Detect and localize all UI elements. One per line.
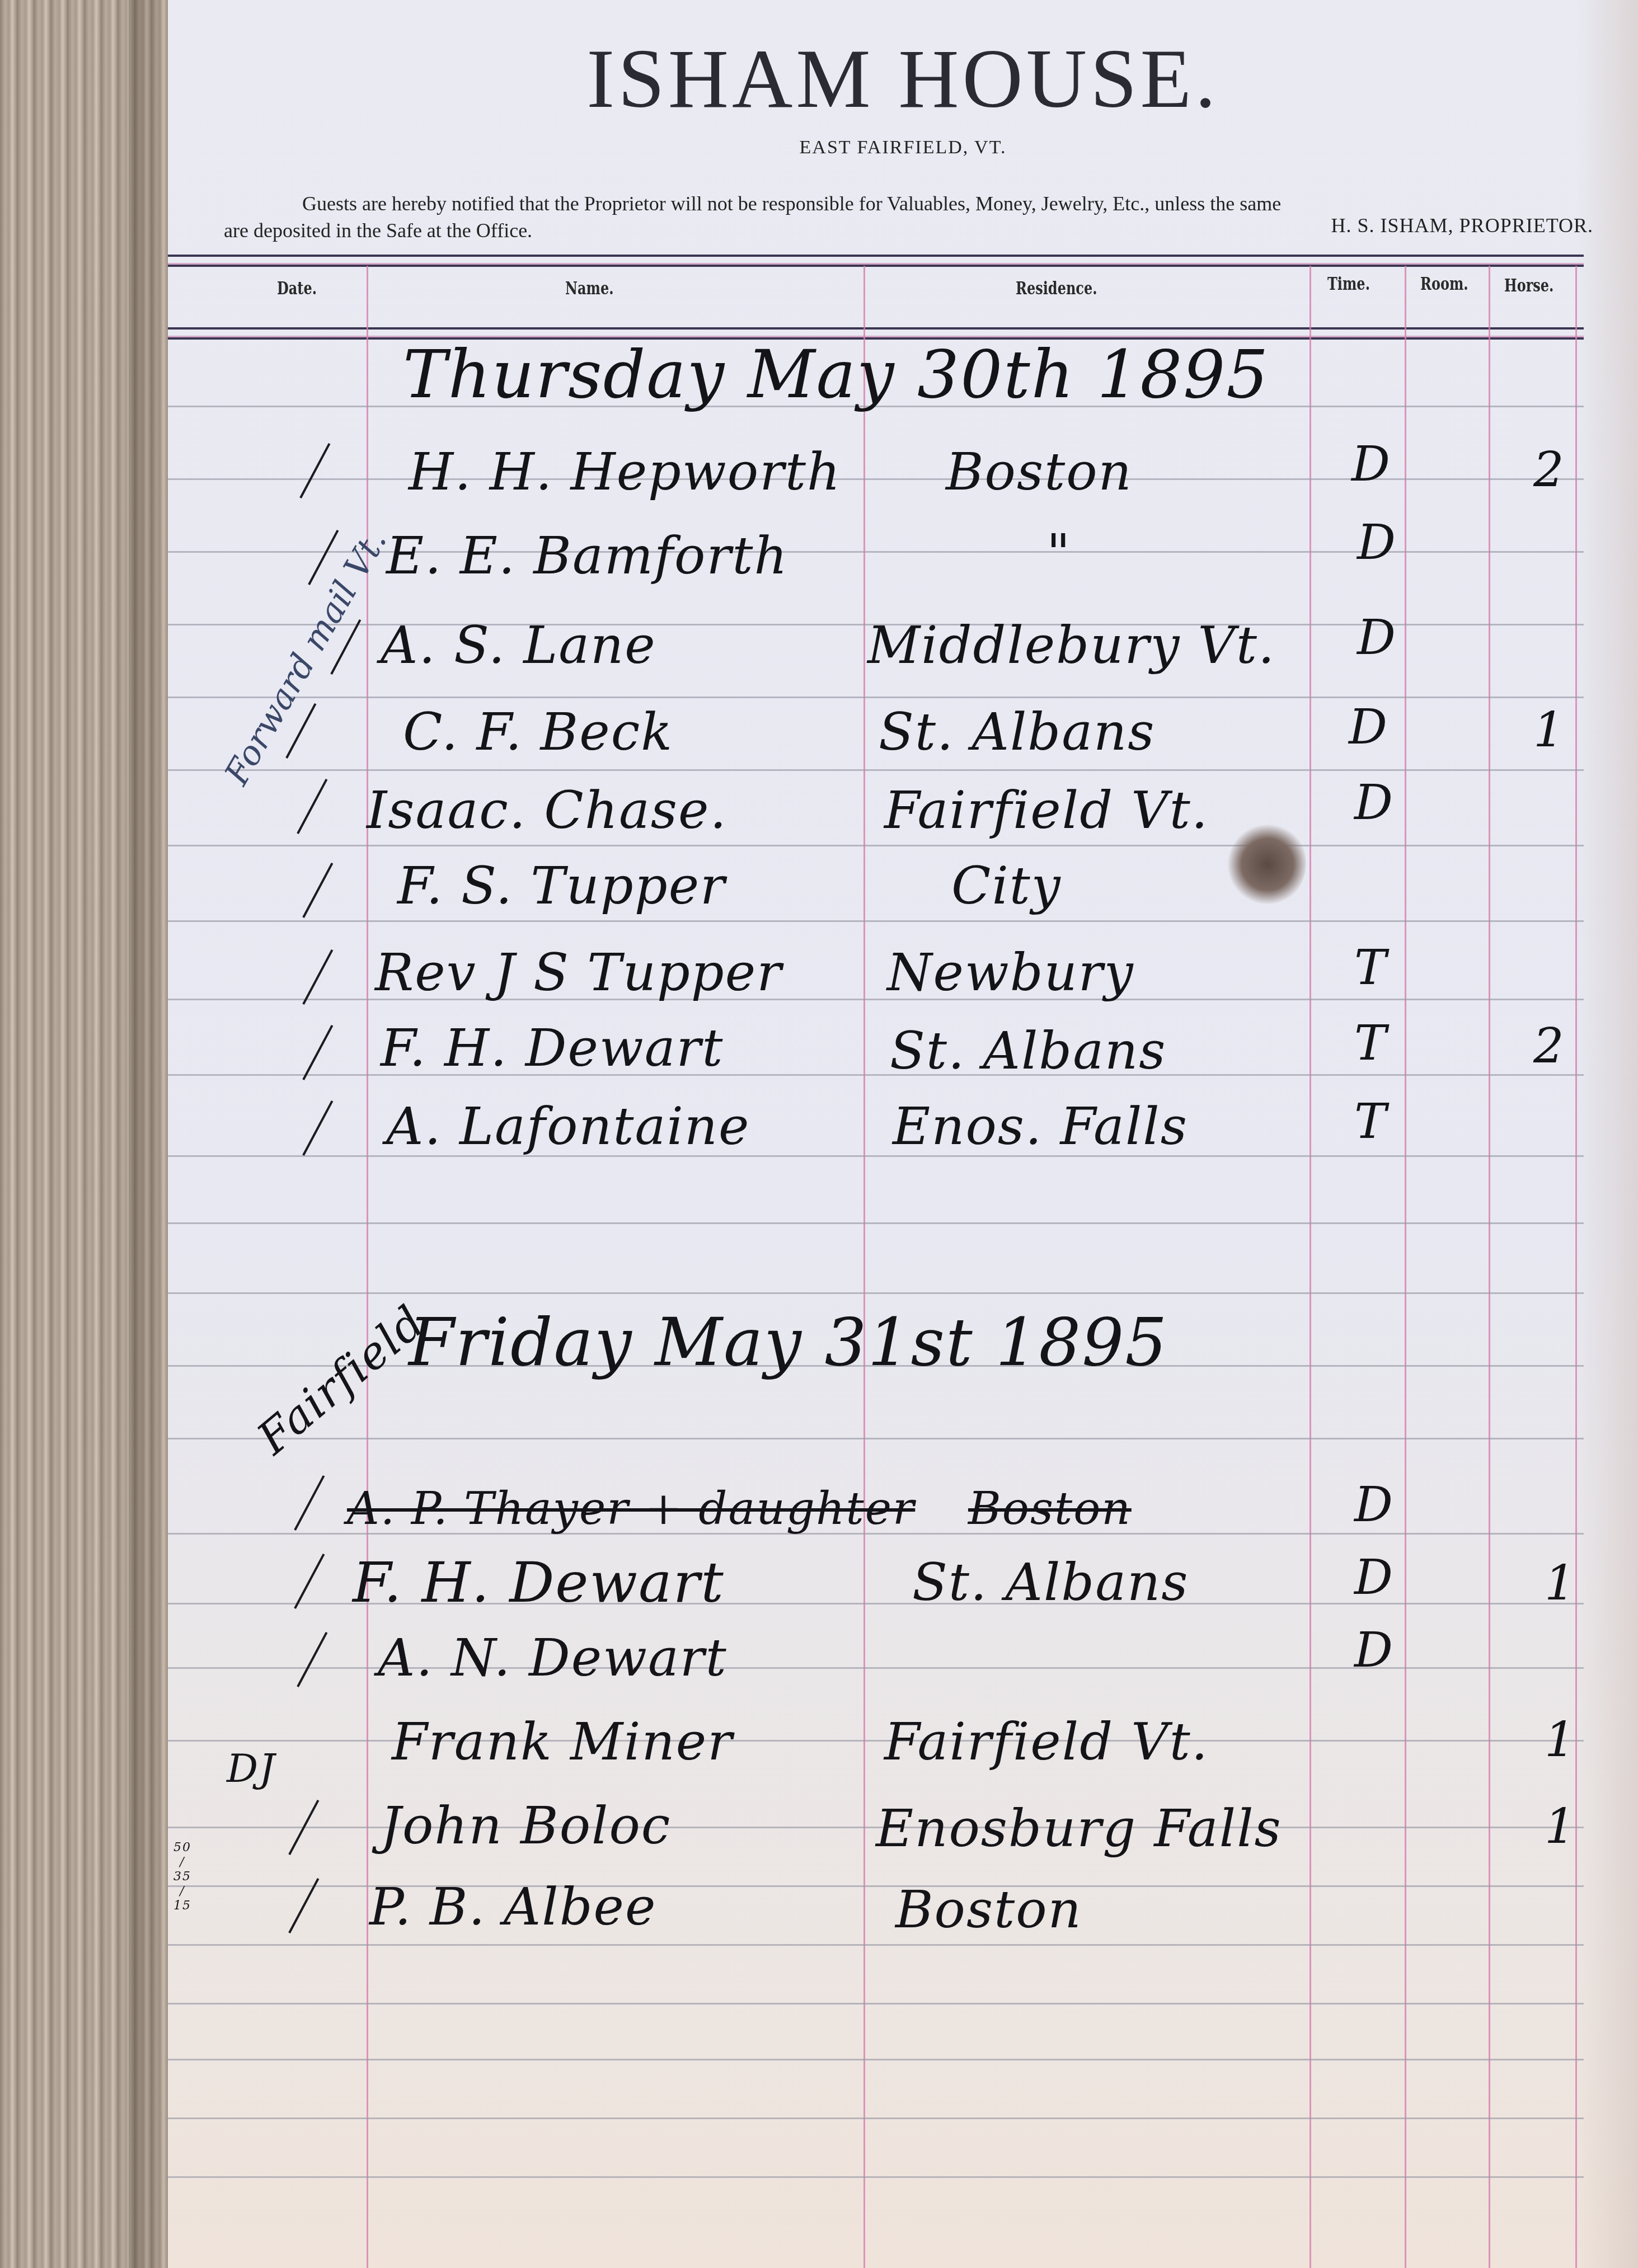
margin-note-initials: DJ: [227, 1745, 276, 1791]
register-page: ISHAM HOUSE. EAST FAIRFIELD, VT. Guests …: [168, 0, 1638, 2268]
guest-name: C. F. Beck: [403, 702, 673, 762]
arrival-time: D: [1357, 610, 1397, 666]
checkmark-icon: [302, 949, 333, 1005]
day-heading: Thursday May 30th 1895: [403, 336, 1269, 413]
arrival-time: D: [1354, 1550, 1394, 1606]
horse-count: 2: [1533, 1018, 1565, 1074]
guest-residence: St. Albans: [890, 1021, 1167, 1081]
guest-residence: St. Albans: [879, 702, 1156, 762]
guest-residence: City: [951, 856, 1062, 916]
row-rule: [168, 2118, 1584, 2119]
header-top-rule: [168, 255, 1584, 267]
arrival-time: D: [1349, 699, 1388, 755]
row-rule: [168, 1222, 1584, 1224]
row-rule: [168, 1292, 1584, 1294]
column-header-name: Name.: [565, 277, 614, 299]
checkmark-icon: [302, 863, 333, 918]
gutter-shadow: [129, 0, 171, 2268]
row-rule: [168, 1740, 1584, 1742]
guest-name: F. H. Dewart: [381, 1018, 724, 1078]
row-rule: [168, 2003, 1584, 2005]
guest-name: A. Lafontaine: [386, 1097, 750, 1156]
guest-name: Frank Miner: [392, 1712, 733, 1772]
row-rule: [168, 697, 1584, 698]
column-rule-residence-time: [1310, 266, 1311, 2268]
guest-residence: Middlebury Vt.: [867, 615, 1275, 675]
row-rule: [168, 920, 1584, 922]
guest-residence: Boston: [946, 442, 1133, 502]
row-rule: [168, 769, 1584, 771]
column-header-time: Time.: [1327, 273, 1370, 294]
arrival-time: D: [1357, 515, 1397, 571]
checkmark-icon: [302, 1025, 333, 1080]
guest-name: E. E. Bamforth: [386, 526, 789, 586]
row-rule: [168, 2059, 1584, 2060]
guest-residence: Boston: [968, 1483, 1132, 1535]
row-rule: [168, 1944, 1584, 1946]
row-rule: [168, 1155, 1584, 1157]
arrival-time: T: [1354, 1094, 1387, 1150]
guest-name: Isaac. Chase.: [367, 780, 728, 840]
checkmark-icon: [297, 779, 327, 834]
arrival-time: D: [1354, 1622, 1394, 1678]
arrival-time: D: [1354, 1477, 1394, 1533]
guest-name: A. N. Dewart: [378, 1628, 728, 1688]
day-heading: Friday May 31st 1895: [409, 1304, 1168, 1381]
guest-residence: Boston: [895, 1880, 1082, 1940]
column-rule-room-horse: [1489, 266, 1490, 2268]
arrival-time: D: [1351, 436, 1391, 492]
column-rule-horse-end: [1575, 266, 1577, 2268]
guest-residence: Fairfield Vt.: [884, 780, 1209, 840]
guest-name: A. S. Lane: [381, 615, 656, 675]
horse-count: 1: [1533, 702, 1565, 758]
margin-tally: 50 / 35 / 15: [171, 1841, 194, 1913]
checkmark-icon: [294, 1554, 325, 1609]
guest-name: A. P. Thayer + daughter: [347, 1483, 915, 1535]
guest-name: John Boloc: [381, 1796, 671, 1856]
guest-residence: Newbury: [887, 943, 1134, 1003]
checkmark-icon: [297, 1632, 327, 1687]
guest-residence: Enosburg Falls: [876, 1799, 1282, 1858]
horse-count: 1: [1545, 1712, 1576, 1768]
hotel-name: ISHAM HOUSE.: [168, 31, 1638, 127]
guest-name: Rev J S Tupper: [375, 943, 782, 1003]
guest-residence: St. Albans: [912, 1552, 1189, 1612]
arrival-time: T: [1354, 1015, 1387, 1071]
guest-residence: Fairfield Vt.: [884, 1712, 1209, 1772]
guest-residence: ": [1046, 523, 1071, 583]
guest-name: P. B. Albee: [369, 1877, 657, 1937]
horse-count: 1: [1545, 1555, 1576, 1611]
guest-name: H. H. Hepworth: [409, 442, 841, 502]
checkmark-icon: [294, 1475, 325, 1531]
horse-count: 2: [1533, 442, 1565, 498]
row-rule: [168, 1438, 1584, 1439]
column-rule-time-room: [1405, 266, 1406, 2268]
column-header-residence: Residence.: [1016, 277, 1097, 299]
checkmark-icon: [299, 443, 330, 498]
column-header-date: Date.: [277, 277, 317, 299]
ink-blot: [1213, 808, 1322, 920]
row-rule: [168, 845, 1584, 846]
row-rule: [168, 2176, 1584, 2178]
notice-line-1: Guests are hereby notified that the Prop…: [224, 190, 1623, 217]
arrival-time: T: [1354, 940, 1387, 996]
guest-residence: Enos. Falls: [893, 1097, 1188, 1156]
hotel-location: EAST FAIRFIELD, VT.: [168, 137, 1638, 158]
horse-count: 1: [1545, 1799, 1576, 1855]
guest-name: F. H. Dewart: [353, 1550, 725, 1615]
guest-name: F. S. Tupper: [397, 856, 726, 916]
column-header-horse: Horse.: [1504, 275, 1553, 296]
column-header-room: Room.: [1420, 273, 1468, 294]
arrival-time: D: [1354, 775, 1394, 831]
proprietor-signature: H. S. ISHAM, PROPRIETOR.: [1331, 214, 1593, 237]
column-rule-name-residence: [863, 266, 865, 2268]
checkmark-icon: [302, 1100, 333, 1156]
page-curl-shading: [1576, 0, 1638, 2268]
